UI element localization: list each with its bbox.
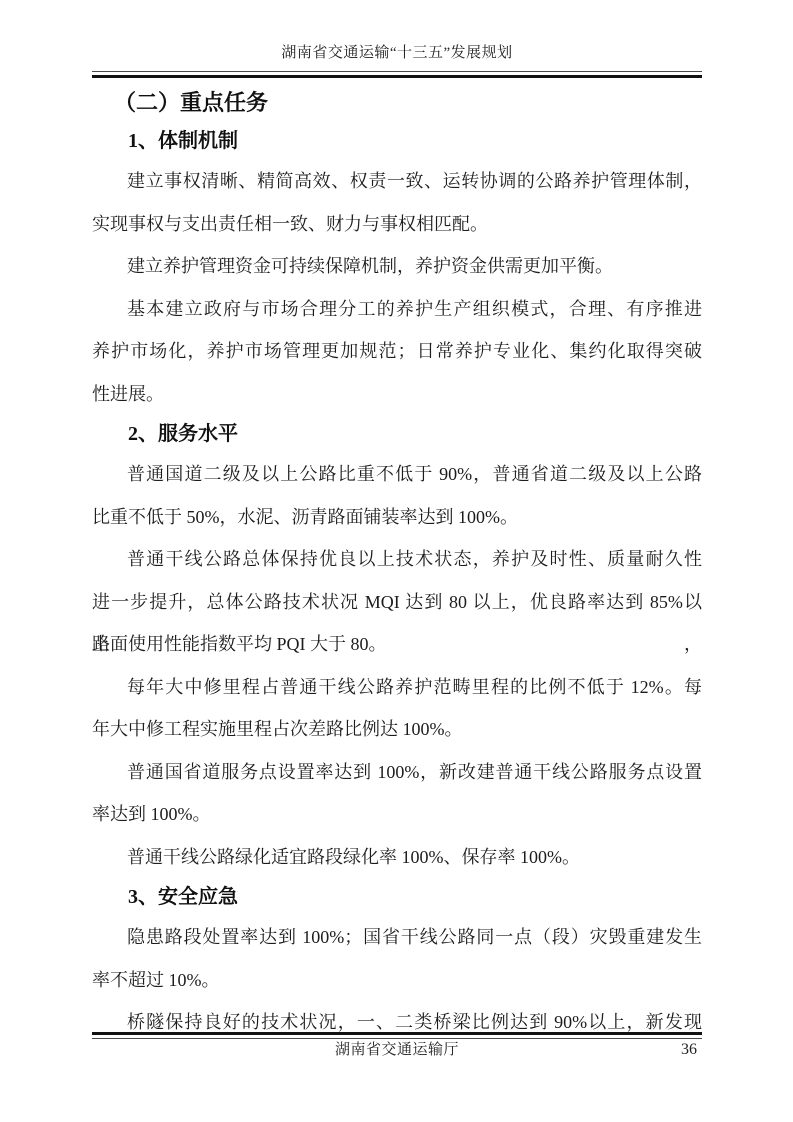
text-line: 普通干线公路绿化适宜路段绿化率 100%、保存率 100%。 <box>92 836 702 879</box>
text-line: 养护市场化，养护市场管理更加规范；日常养护专业化、集约化取得突破 <box>92 330 702 373</box>
footer-divider <box>92 1032 702 1039</box>
subsection-heading: 2、服务水平 <box>92 415 702 453</box>
text-line: 率不超过 10%。 <box>92 959 702 1002</box>
text-line: 隐患路段处置率达到 100%；国省干线公路同一点（段）灾毁重建发生 <box>92 916 702 959</box>
document-page: 湖南省交通运输“十三五”发展规划 （二）重点任务1、体制机制建立事权清晰、精简高… <box>0 0 793 1122</box>
text-line: 普通国道二级及以上公路比重不低于 90%，普通省道二级及以上公路 <box>92 453 702 496</box>
text-line: 建立养护管理资金可持续保障机制，养护资金供需更加平衡。 <box>92 245 702 288</box>
text-line: 性进展。 <box>92 373 702 416</box>
text-line: 率达到 100%。 <box>92 793 702 836</box>
text-line: 基本建立政府与市场合理分工的养护生产组织模式，合理、有序推进 <box>92 288 702 331</box>
text-line: 年大中修工程实施里程占次差路比例达 100%。 <box>92 708 702 751</box>
document-body: （二）重点任务1、体制机制建立事权清晰、精简高效、权责一致、运转协调的公路养护管… <box>92 84 702 1044</box>
subsection-heading: 3、安全应急 <box>92 878 702 916</box>
text-line: 建立事权清晰、精简高效、权责一致、运转协调的公路养护管理体制， <box>92 160 702 203</box>
page-footer-text: 湖南省交通运输厅 <box>92 1041 702 1059</box>
section-heading: （二）重点任务 <box>92 84 702 122</box>
text-line: 实现事权与支出责任相一致、财力与事权相匹配。 <box>92 203 702 246</box>
header-divider <box>92 71 702 78</box>
text-line: 普通国省道服务点设置率达到 100%，新改建普通干线公路服务点设置 <box>92 751 702 794</box>
text-line: 普通干线公路总体保持优良以上技术状态，养护及时性、质量耐久性 <box>92 538 702 581</box>
page-header-title: 湖南省交通运输“十三五”发展规划 <box>92 44 702 62</box>
page-number: 36 <box>681 1041 697 1059</box>
subsection-heading: 1、体制机制 <box>92 122 702 160</box>
text-line: 进一步提升，总体公路技术状况 MQI 达到 80 以上，优良路率达到 85%以上… <box>92 581 702 624</box>
text-line: 每年大中修里程占普通干线公路养护范畴里程的比例不低于 12%。每 <box>92 666 702 709</box>
text-line: 比重不低于 50%，水泥、沥青路面铺装率达到 100%。 <box>92 496 702 539</box>
